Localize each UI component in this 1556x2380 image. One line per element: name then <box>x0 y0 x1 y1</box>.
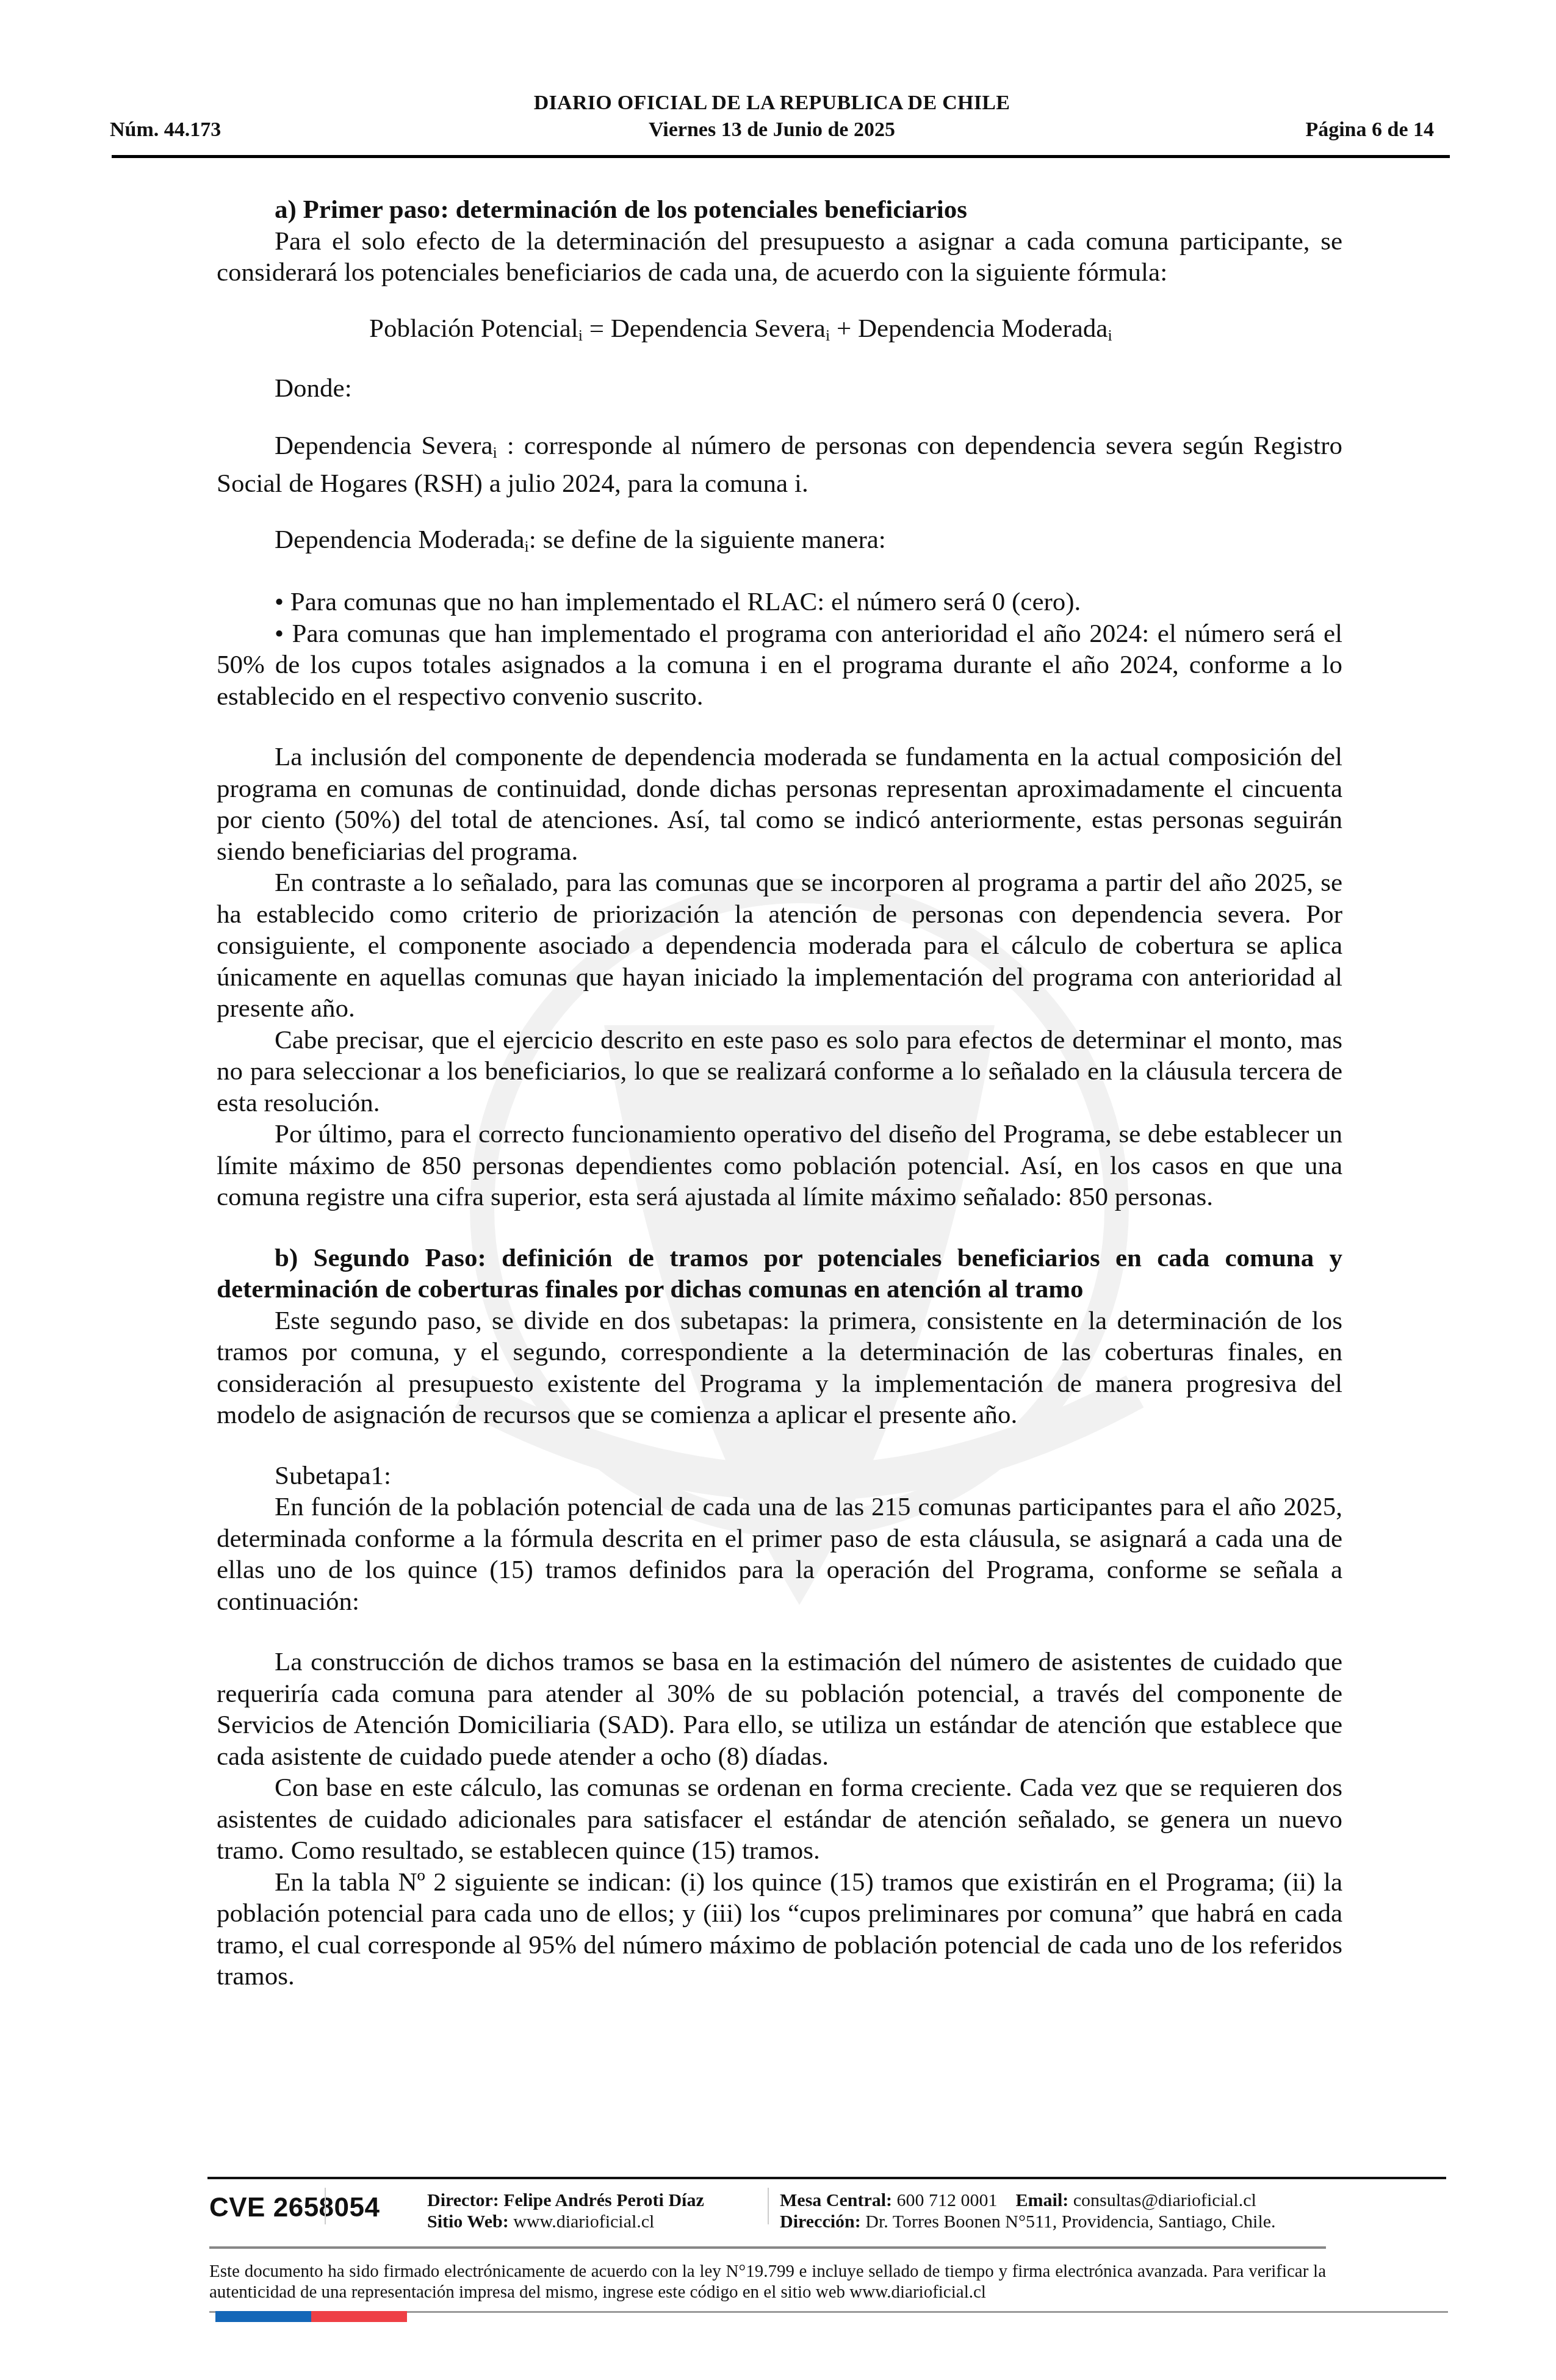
bullet-item: • Para comunas que no han implementado e… <box>217 586 1342 618</box>
legal-notice: Este documento ha sido firmado electróni… <box>209 2261 1326 2302</box>
section-a-intro: Para el solo efecto de la determinación … <box>217 226 1342 289</box>
paragraph: Por último, para el correcto funcionamie… <box>217 1119 1342 1213</box>
paragraph: En la tabla Nº 2 siguiente se indican: (… <box>217 1867 1342 1992</box>
email-link[interactable]: consultas@diarioficial.cl <box>1068 2190 1256 2210</box>
subetapa-label: Subetapa1: <box>217 1460 1342 1492</box>
flag-bar-blue <box>215 2311 311 2322</box>
paragraph: En contraste a lo señalado, para las com… <box>217 867 1342 1025</box>
subetapa-text: En función de la población potencial de … <box>217 1491 1342 1617</box>
phone-number: 600 712 0001 <box>892 2190 998 2210</box>
director-name: Felipe Andrés Peroti Díaz <box>499 2190 704 2210</box>
paragraph: La inclusión del componente de dependenc… <box>217 741 1342 867</box>
flag-bar-red <box>311 2311 407 2322</box>
page-indicator: Página 6 de 14 <box>1305 118 1434 142</box>
footer-separator <box>768 2188 769 2224</box>
footer-separator <box>325 2188 326 2224</box>
footer-contact-block: Mesa Central: 600 712 0001 Email: consul… <box>780 2190 1276 2232</box>
cve-code: CVE 2658054 <box>209 2193 380 2223</box>
website-link[interactable]: www.diarioficial.cl <box>509 2212 655 2232</box>
section-b-intro: Este segundo paso, se divide en dos sube… <box>217 1305 1342 1431</box>
section-b-heading: b) Segundo Paso: definición de tramos po… <box>217 1242 1342 1305</box>
footer-director-block: Director: Felipe Andrés Peroti Díaz Siti… <box>427 2190 704 2232</box>
formula-term-moderada: Dependencia Moderada <box>858 314 1108 343</box>
footer-divider-mid <box>209 2246 1326 2249</box>
paragraph: Con base en este cálculo, las comunas se… <box>217 1772 1342 1867</box>
address: Dr. Torres Boonen N°511, Providencia, Sa… <box>861 2212 1276 2232</box>
definition-moderada: Dependencia Moderadai: se define de la s… <box>217 524 1342 563</box>
paragraph: La construcción de dichos tramos se basa… <box>217 1646 1342 1772</box>
header-divider <box>112 155 1450 158</box>
bullet-item: • Para comunas que han implementado el p… <box>217 618 1342 713</box>
definition-severa: Dependencia Severai : corresponde al núm… <box>217 430 1342 500</box>
formula: Población Potenciali = Dependencia Sever… <box>217 313 1342 352</box>
document-body: a) Primer paso: determinación de los pot… <box>217 194 1342 1992</box>
publication-title: DIARIO OFICIAL DE LA REPUBLICA DE CHILE <box>110 92 1434 115</box>
formula-term-severa: Dependencia Severa <box>611 314 826 343</box>
formula-term-poblacion: Población Potencial <box>369 314 578 343</box>
paragraph: Cabe precisar, que el ejercicio descrito… <box>217 1025 1342 1119</box>
issue-date: Viernes 13 de Junio de 2025 <box>110 118 1434 142</box>
footer-divider-top <box>207 2177 1446 2179</box>
section-a-heading: a) Primer paso: determinación de los pot… <box>217 194 1342 226</box>
donde-label: Donde: <box>217 373 1342 405</box>
page-header: DIARIO OFICIAL DE LA REPUBLICA DE CHILE … <box>110 92 1434 146</box>
